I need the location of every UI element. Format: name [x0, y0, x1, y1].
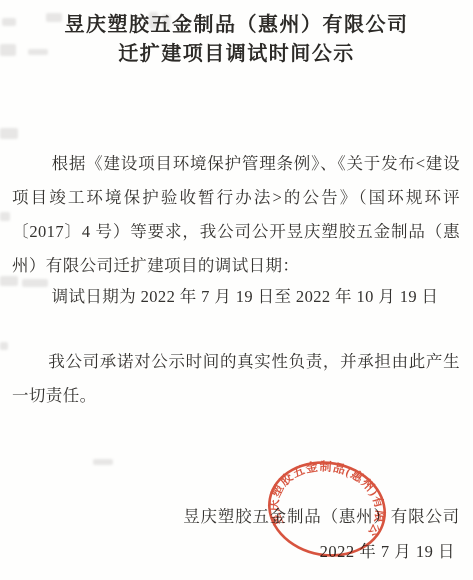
- seal-text: 昱庆塑胶五金制品(惠州)有限公司: [256, 448, 398, 547]
- notice-document-page: 昱庆塑胶五金制品（惠州）有限公司 迁扩建项目调试时间公示 根据《建设项目环境保护…: [0, 0, 473, 580]
- commissioning-date-line: 调试日期为 2022 年 7 月 19 日至 2022 年 10 月 19 日: [12, 280, 460, 314]
- title-company-line: 昱庆塑胶五金制品（惠州）有限公司: [0, 11, 473, 40]
- svg-text:昱庆塑胶五金制品(惠州)有限公司: 昱庆塑胶五金制品(惠州)有限公司: [256, 448, 398, 547]
- scan-artifact: [0, 342, 8, 350]
- commitment-paragraph: 我公司承诺对公示时间的真实性负责，并承担由此产生一切责任。: [12, 345, 460, 413]
- scan-artifact: [0, 212, 10, 221]
- basis-paragraph: 根据《建设项目环境保护管理条例》、《关于发布<建设项目竣工环境保护验收暂行办法>…: [12, 147, 460, 283]
- title-subject-line: 迁扩建项目调试时间公示: [0, 40, 473, 69]
- document-title: 昱庆塑胶五金制品（惠州）有限公司 迁扩建项目调试时间公示: [0, 11, 473, 69]
- company-seal: 昱庆塑胶五金制品(惠州)有限公司: [256, 448, 398, 572]
- scan-artifact: [93, 459, 113, 465]
- scan-artifact: [0, 128, 18, 139]
